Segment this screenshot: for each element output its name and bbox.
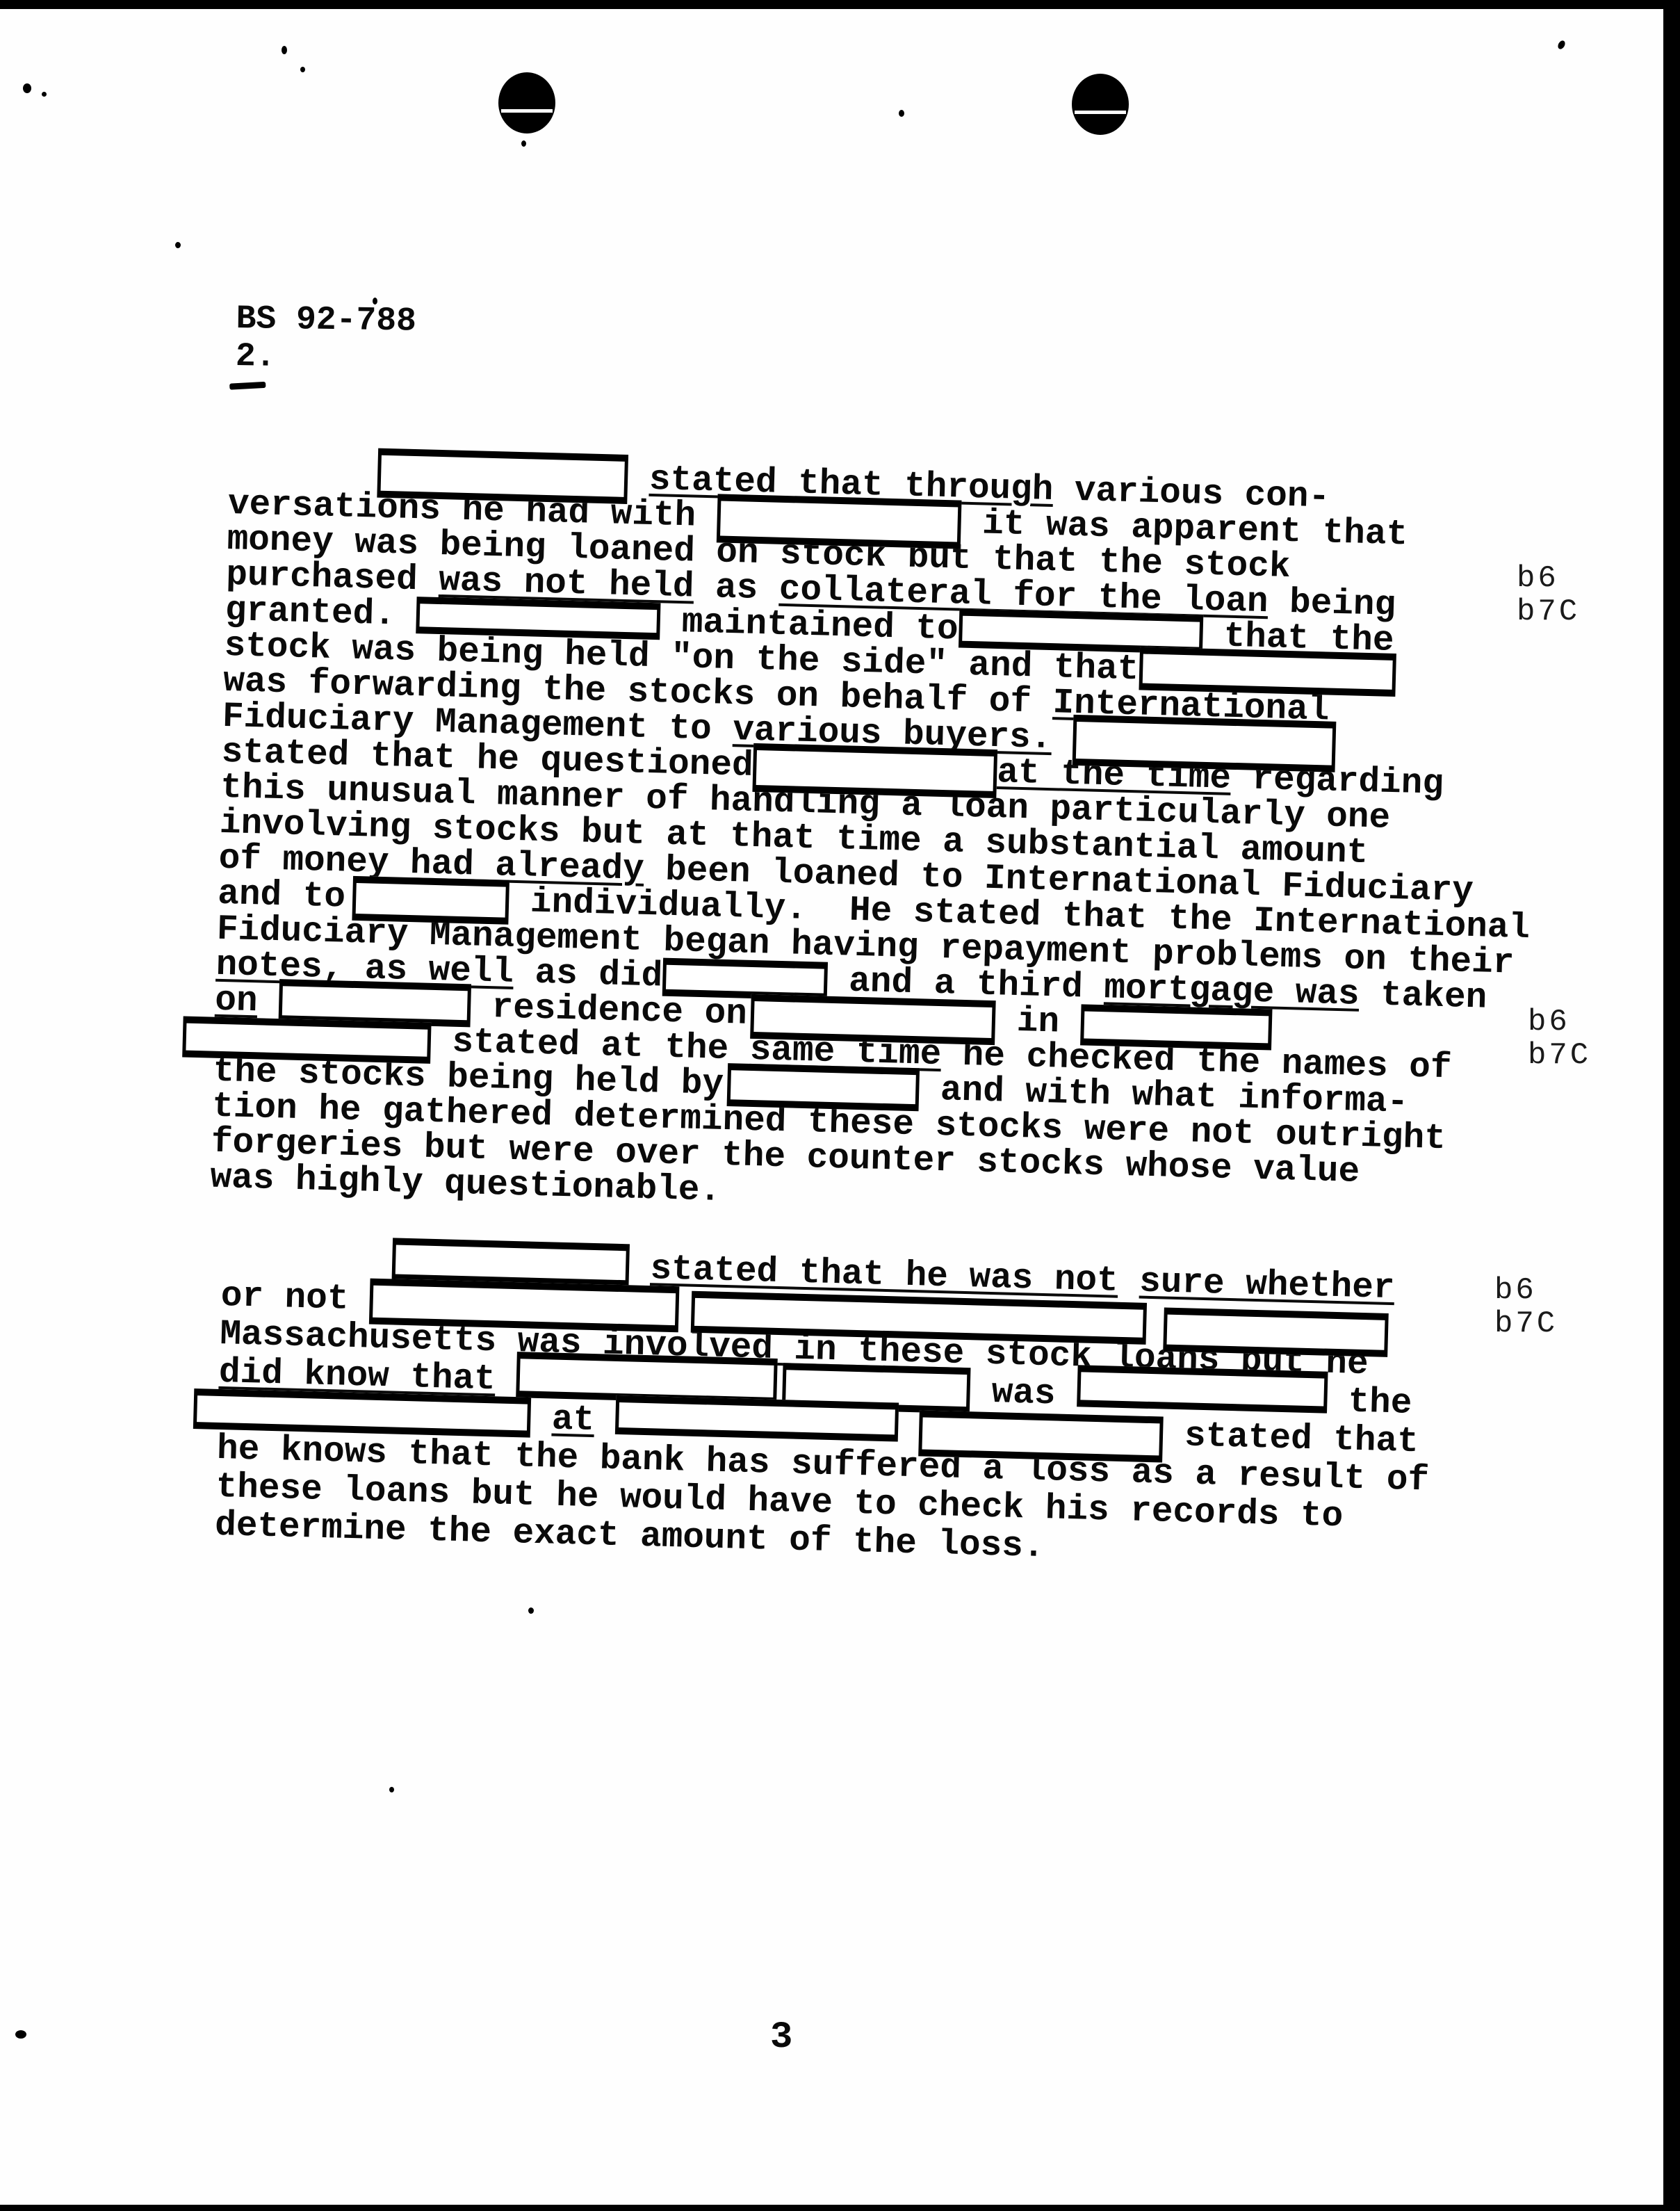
exemption-b7c: b7C	[1494, 1306, 1558, 1341]
redaction-box	[1080, 1004, 1272, 1050]
body-text	[257, 982, 279, 1022]
scan-speck	[15, 2030, 26, 2039]
punch-hole-icon	[498, 72, 555, 133]
serial-number: 2.	[235, 338, 275, 376]
punch-hole-icon	[1072, 74, 1129, 135]
case-number: BS 92-788	[236, 300, 416, 341]
exemption-b6: b6	[1528, 1005, 1570, 1039]
exemption-b7c: b7C	[1528, 1038, 1591, 1073]
scan-edge-right	[1663, 0, 1680, 2211]
redaction-box	[1139, 647, 1396, 697]
redaction-box	[369, 1279, 680, 1333]
underlined-text: at	[551, 1400, 595, 1441]
underlined-text: on	[215, 981, 259, 1022]
scan-speck	[175, 242, 181, 248]
exemption-codes-3: b6b7C	[1494, 1274, 1558, 1341]
body-text	[628, 1249, 651, 1289]
exemption-b7c: b7C	[1517, 594, 1580, 629]
redaction-box	[377, 448, 629, 504]
body-text	[530, 1400, 553, 1440]
body-text: taken	[1359, 975, 1487, 1019]
redaction-box	[727, 1063, 920, 1111]
body-text: or not	[220, 1277, 370, 1320]
exemption-codes-2: b6b7C	[1528, 1005, 1591, 1072]
scan-speck	[23, 83, 31, 93]
redaction-box	[1077, 1365, 1328, 1413]
scan-speck	[528, 1607, 534, 1614]
body-text	[1051, 719, 1073, 759]
scanned-document-page: BS 92-7882. stated that through various …	[0, 0, 1680, 2211]
scan-speck	[373, 298, 377, 305]
paragraph-1: stated that through various con-versatio…	[210, 451, 1542, 1230]
scan-speck	[521, 140, 526, 147]
scan-speck	[389, 1787, 394, 1792]
body-text: was	[970, 1372, 1077, 1415]
scan-speck	[899, 110, 904, 117]
redaction-box	[750, 994, 996, 1045]
scan-speck	[282, 46, 287, 54]
body-text	[628, 460, 650, 500]
scan-edge-bottom	[0, 2205, 1680, 2211]
body-text	[495, 1360, 517, 1400]
document-header: BS 92-7882.	[235, 300, 416, 378]
body-text: the	[1326, 1382, 1412, 1424]
scan-speck	[1556, 40, 1566, 51]
scan-speck	[300, 67, 305, 72]
redaction-box	[615, 1395, 899, 1442]
redaction-box	[352, 876, 510, 925]
body-text	[222, 1238, 393, 1282]
page-number: 3	[770, 2016, 792, 2059]
redaction-box	[717, 494, 962, 549]
redaction-box	[1163, 1308, 1389, 1357]
redaction-box	[919, 1410, 1164, 1462]
exemption-b6: b6	[1517, 561, 1559, 596]
exemption-b6: b6	[1494, 1273, 1537, 1308]
redaction-box	[416, 597, 661, 640]
redaction-box	[182, 1017, 431, 1064]
redaction-box	[1073, 715, 1337, 772]
body-text	[594, 1401, 616, 1441]
redaction-box	[662, 958, 828, 1001]
redaction-box	[753, 743, 998, 798]
scan-speck	[42, 92, 47, 97]
scan-edge-top	[0, 0, 1680, 9]
underline-mark	[229, 382, 266, 390]
exemption-codes-1: b6b7C	[1517, 562, 1580, 629]
paragraph-2: stated that he was not sure whetheror no…	[214, 1239, 1434, 1577]
body-text	[1118, 1262, 1140, 1302]
